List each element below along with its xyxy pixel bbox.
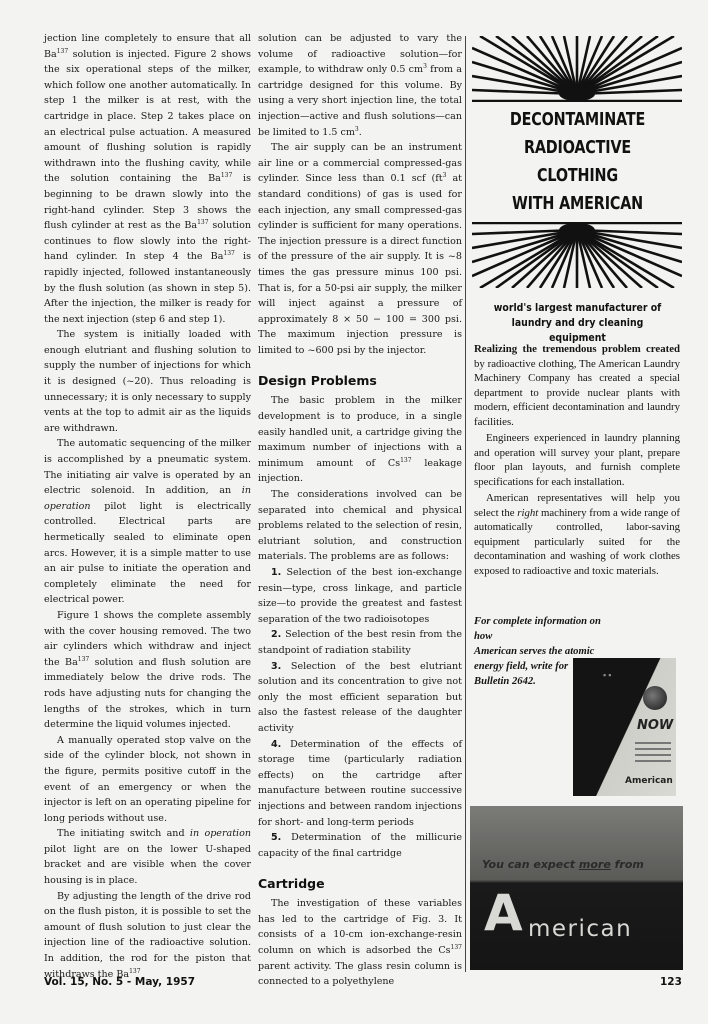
page-number: 123 — [660, 976, 682, 988]
paragraph: solution can be adjusted to vary the vol… — [258, 31, 462, 140]
logo-letter-a: A — [484, 888, 523, 938]
brochure-logo: American — [625, 776, 673, 786]
decoration: ▪▪ — [603, 670, 613, 680]
list-item: 3. Selection of the best elutriant solut… — [258, 659, 462, 737]
sunburst-top-icon — [472, 36, 682, 102]
american-logo-block: You can expect more from A merican — [470, 806, 683, 970]
list-item: 2. Selection of the best resin from the … — [258, 627, 462, 658]
paragraph: Figure 1 shows the complete assembly wit… — [44, 608, 251, 733]
column-divider — [465, 36, 466, 972]
advertisement: DECONTAMINATE RADIOACTIVE CLOTHING WITH … — [470, 36, 685, 970]
section-heading-cartridge: Cartridge — [258, 875, 462, 892]
paragraph: jection line completely to ensure that a… — [44, 31, 251, 327]
paragraph: The considerations involved can be separ… — [258, 487, 462, 565]
article-column-1: jection line completely to ensure that a… — [44, 31, 251, 982]
magazine-page: jection line completely to ensure that a… — [0, 0, 708, 1024]
ad-paragraph: American representatives will help you s… — [474, 491, 680, 578]
paragraph: The initiating switch and in operation p… — [44, 826, 251, 888]
paragraph: The automatic sequencing of the milker i… — [44, 436, 251, 608]
ad-tagline: world's largest manufacturer of laundry … — [486, 300, 669, 345]
list-item: 4. Determination of the effects of stora… — [258, 737, 462, 831]
sunburst-bottom-icon — [472, 222, 682, 288]
logo-slogan: You can expect more from — [482, 858, 644, 871]
ad-paragraph: Engineers experienced in laundry plannin… — [474, 431, 680, 489]
paragraph: By adjusting the length of the drive rod… — [44, 889, 251, 983]
ad-body-copy: Realizing the tremendous problem created… — [474, 342, 680, 580]
article-column-2: solution can be adjusted to vary the vol… — [258, 31, 462, 990]
paragraph: A manually operated stop valve on the si… — [44, 733, 251, 827]
ad-paragraph: Realizing the tremendous problem created… — [474, 342, 680, 429]
paragraph: The air supply can be an instrument air … — [258, 140, 462, 358]
brochure-text-lines — [635, 738, 671, 766]
brochure-title: NOW — [637, 718, 673, 733]
paragraph: The basic problem in the milker developm… — [258, 393, 462, 487]
list-item: 1. Selection of the best ion-exchange re… — [258, 565, 462, 627]
paragraph: The system is initially loaded with enou… — [44, 327, 251, 436]
ad-headline: DECONTAMINATE RADIOACTIVE CLOTHING WITH … — [489, 106, 665, 218]
bulletin-brochure-image: ▪▪ NOW American — [573, 658, 676, 796]
globe-icon — [643, 686, 667, 710]
list-item: 5. Determination of the millicurie capac… — [258, 830, 462, 861]
issue-info: Vol. 15, No. 5 - May, 1957 — [44, 976, 195, 988]
paragraph: The investigation of these variables has… — [258, 896, 462, 990]
logo-wordmark: merican — [528, 918, 632, 941]
section-heading-design-problems: Design Problems — [258, 372, 462, 389]
